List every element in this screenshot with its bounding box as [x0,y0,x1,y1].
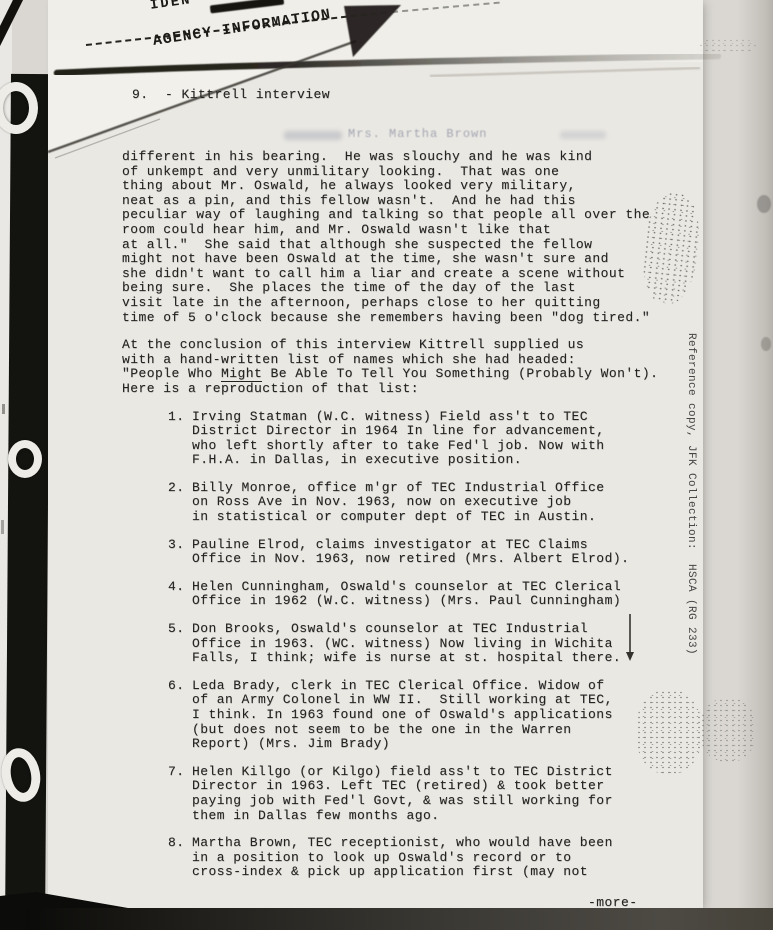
list-item: 3. Pauline Elrod, claims investigator at… [168,538,707,567]
paragraph-2: At the conclusion of this interview Kitt… [122,338,707,396]
item-number: 3. [168,538,192,567]
scan-right-shade [737,0,773,930]
list-item: 5. Don Brooks, Oswald's counselor at TEC… [168,622,707,666]
list-item: 6. Leda Brady, clerk in TEC Clerical Off… [168,679,707,752]
ghost-text-smudge [560,131,606,139]
item-text: Leda Brady, clerk in TEC Clerical Office… [192,679,613,752]
binder-ring-middle [8,440,42,478]
item-text: Helen Killgo (or Kilgo) field ass't to T… [192,765,613,823]
item-text: Pauline Elrod, claims investigator at TE… [192,538,629,567]
section-heading: 9. - Kittrell interview [132,88,330,103]
archive-reference-note: Reference copy, JFK Collection: HSCA (RG… [685,333,697,655]
list-item: 1. Irving Statman (W.C. witness) Field a… [168,410,707,468]
edge-mark [2,404,5,414]
body-text: different in his bearing. He was slouchy… [122,150,707,893]
list-item: 2. Billy Monroe, office m'gr of TEC Indu… [168,481,707,525]
scan-bottom-band [26,908,773,930]
item-number: 5. [168,622,192,666]
item-number: 1. [168,410,192,468]
item-text: Irving Statman (W.C. witness) Field ass'… [192,410,605,468]
scanned-page: IDEN AGENCY INFORMATION Mrs. Martha Brow… [0,0,773,930]
paragraph-1: different in his bearing. He was slouchy… [122,150,707,325]
item-number: 6. [168,679,192,752]
item-text: Don Brooks, Oswald's counselor at TEC In… [192,622,621,666]
ghost-text-smudge [284,131,342,140]
list-item: 4. Helen Cunningham, Oswald's counselor … [168,580,707,609]
item-text: Martha Brown, TEC receptionist, who woul… [192,836,613,880]
list-item: 7. Helen Killgo (or Kilgo) field ass't t… [168,765,707,823]
item-number: 4. [168,580,192,609]
item-text: Billy Monroe, office m'gr of TEC Industr… [192,481,605,525]
item-text: Helen Cunningham, Oswald's counselor at … [192,580,621,609]
witness-name-list: 1. Irving Statman (W.C. witness) Field a… [122,410,707,880]
list-item: 8. Martha Brown, TEC receptionist, who w… [168,836,707,880]
ghost-bleedthrough-text: Mrs. Martha Brown [348,127,487,141]
item-number: 7. [168,765,192,823]
item-number: 2. [168,481,192,525]
underlined-word: Might [221,366,262,382]
item-number: 8. [168,836,192,880]
overlapping-page-strip [48,0,703,62]
edge-mark [1,520,4,534]
toner-speckle-patch [636,690,702,774]
binder-black-band [5,74,51,930]
